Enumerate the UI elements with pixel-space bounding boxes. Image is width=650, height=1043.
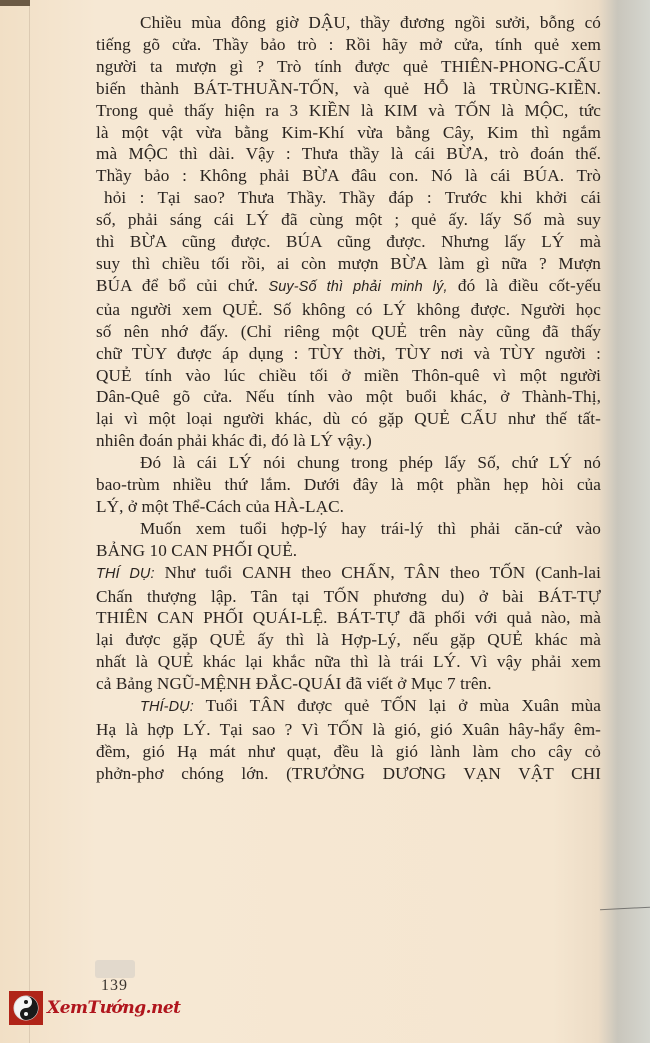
text-line: thì BỪA cũng được. BÚA cũng được. Nhưng … [96,231,601,253]
scan-shadow [0,0,30,6]
text-line: mà MỘC thì dài. Vậy : Thưa thầy là cái B… [96,143,601,165]
text-line: người ta mượn gì ? Trò tính được quẻ THI… [96,56,601,78]
yin-yang-icon [9,991,43,1025]
text-segment: Như tuổi CANH theo CHẤN, TÂN theo TỐN (C… [165,563,601,582]
text-line: LÝ, ở một Thể-Cách của HÀ-LẠC. [96,496,601,518]
faded-stamp [95,960,135,978]
text-line: Trong quẻ thấy hiện ra 3 KIỀN là KIM và … [96,100,601,122]
text-line: chữ TÙY được áp dụng : TÙY thời, TÙY nơi… [96,343,601,365]
body-text: Chiều mùa đông giờ DẬU, thầy đương ngồi … [96,12,601,785]
text-line: lại được gặp QUẺ ấy thì là Hợp-Lý, nếu g… [96,629,601,651]
scanned-page: Chiều mùa đông giờ DẬU, thầy đương ngồi … [0,0,650,1043]
text-line: Thầy bảo : Không phải BỪA đâu con. Nó là… [96,165,601,187]
text-line: phởn-phơ chóng lớn. (TRƯỞNG DƯƠNG VẠN VẬ… [96,763,601,785]
text-line: đềm, gió Hạ mát như quạt, đều là gió làn… [96,741,601,763]
text-line: THIÊN CAN PHỐI QUÁI-LỆ. BÁT-TỰ đã phối v… [96,607,601,629]
text-line: biến thành BÁT-THUẦN-TỐN, và quẻ HỖ là T… [96,78,601,100]
text-line: Hạ là hợp LÝ. Tại sao ? Vì TỐN là gió, g… [96,719,601,741]
text-line: Muốn xem tuổi hợp-lý hay trái-lý thì phả… [96,518,601,540]
text-line: Đó là cái LÝ nói chung trong phép lấy Số… [96,452,601,474]
italic-emphasis: Suy-Số thì phải minh lý, [268,279,447,295]
text-line: QUẺ tính vào lúc chiều tối ở miền Thôn-q… [96,365,601,387]
watermark-logo[interactable]: XemTướng.net [9,991,181,1025]
text-line: của người xem QUẺ. Số không có LÝ không … [96,299,601,321]
text-line: hỏi : Tại sao? Thưa Thầy. Thầy đáp : Trư… [96,187,601,209]
text-line-with-italic: THÍ DỤ: Như tuổi CANH theo CHẤN, TÂN the… [96,562,601,586]
text-line-with-italic: BÚA để bổ củi chứ. Suy-Số thì phải minh … [96,275,601,299]
text-segment: Tuổi TÂN được quẻ TỐN lại ở mùa Xuân mùa [206,696,601,715]
text-line: nhất là QUẺ khác lại khắc nữa thì là trá… [96,651,601,673]
text-line: số, phải sáng cái LÝ đã cùng một ; quẻ ấ… [96,209,601,231]
text-segment: BÚA để bổ củi chứ. [96,276,258,295]
example-label: THÍ-DỤ: [140,699,194,715]
text-line: bao-trùm nhiều thứ lắm. Dưới đây là một … [96,474,601,496]
text-line: cả Bảng NGŨ-MỆNH ĐẮC-QUÁI đã viết ở Mục … [96,673,601,695]
text-line: Dân-Quê gõ cửa. Nếu tính vào một buổi kh… [96,386,601,408]
text-line: Chiều mùa đông giờ DẬU, thầy đương ngồi … [96,12,601,34]
page-fold-line [29,0,30,1043]
text-line: lại vì một loại người khác, dù có gặp QU… [96,408,601,430]
example-label: THÍ DỤ: [96,566,155,582]
text-line-with-italic: THÍ-DỤ: Tuổi TÂN được quẻ TỐN lại ở mùa … [96,695,601,719]
text-line: Chấn thượng lập. Tân tại TỐN phương du) … [96,586,601,608]
text-segment: đó là điều cốt-yếu [458,276,601,295]
text-line: số nên nhớ đấy. (Chỉ riêng một QUẺ trên … [96,321,601,343]
text-line: nhiên đoán phải khác đi, đó là LÝ vậy.) [96,430,601,452]
text-line: suy thì chiều tối rồi, ai còn mượn BỪA l… [96,253,601,275]
margin-mark [600,907,650,911]
text-line: tiếng gõ cửa. Thầy bảo trò : Rồi hãy mở … [96,34,601,56]
watermark-site-name: XemTướng.net [47,998,181,1018]
text-line: BẢNG 10 CAN PHỐI QUẺ. [96,540,601,562]
text-line: là một vật vừa bằng Kim-Khí vừa bằng Cây… [96,122,601,144]
